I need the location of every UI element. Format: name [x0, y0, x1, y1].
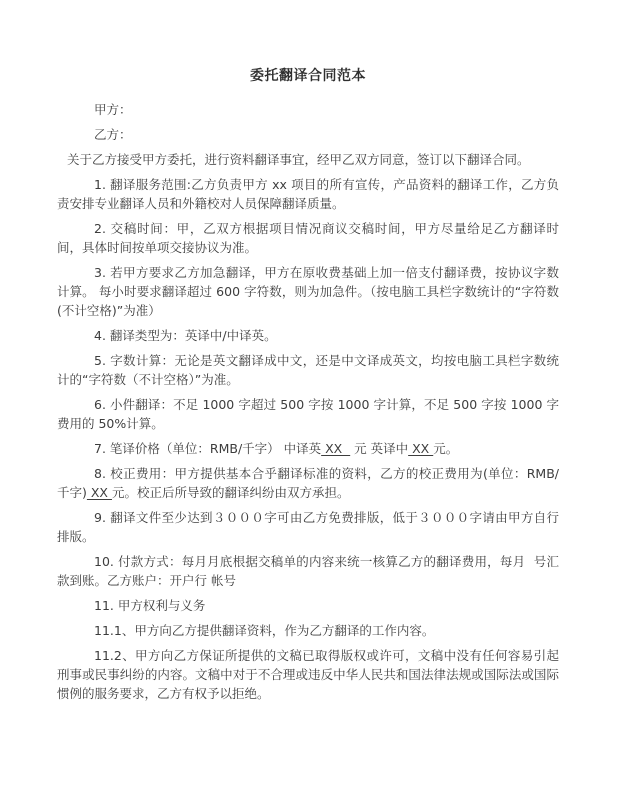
clause-4-translation-type: 4. 翻译类型为：英译中/中译英。: [57, 326, 559, 345]
price-blank-cn-to-en: XX: [321, 441, 350, 456]
clause-2-delivery-time: 2. 交稿时间：甲，乙双方根据项目情况商议交稿时间，甲方尽量给足乙方翻译时间，具…: [57, 219, 559, 257]
clause-11-1: 11.1、甲方向乙方提供翻译资料，作为乙方翻译的工作内容。: [57, 621, 559, 640]
document-title: 委托翻译合同范本: [57, 66, 559, 86]
clause-6-small-jobs: 6. 小件翻译：不足 1000 字超过 500 字按 1000 字计算，不足 5…: [57, 395, 559, 433]
clause-1-service-scope: 1. 翻译服务范围:乙方负责甲方 xx 项目的所有宣传，产品资料的翻译工作，乙方…: [57, 175, 559, 213]
document-content: 委托翻译合同范本 甲方： 乙方： 关于乙方接受甲方委托，进行资料翻译事宜，经甲乙…: [57, 66, 559, 703]
clause-9-typesetting: 9. 翻译文件至少达到３０００字可由乙方免费排版，低于３０００字请由甲方自行排版…: [57, 508, 559, 546]
proofreading-fee-blank: XX: [87, 485, 112, 500]
clause-5-word-count: 5. 字数计算：无论是英文翻译成中文，还是中文译成英文，均按电脑工具栏字数统计的…: [57, 351, 559, 389]
clause-8-proofreading-fee: 8. 校正费用：甲方提供基本合乎翻译标准的资料，乙方的校正费用为(单位：RMB/…: [57, 464, 559, 502]
party-b-line: 乙方：: [57, 125, 559, 144]
clause-7-translation-price: 7. 笔译价格（单位：RMB/千字） 中译英 XX 元 英译中 XX 元。: [57, 439, 559, 458]
preamble-paragraph: 关于乙方接受甲方委托，进行资料翻译事宜，经甲乙双方同意，签订以下翻译合同。: [57, 150, 559, 169]
price-text-lead: 7. 笔译价格（单位：RMB/千字） 中译英: [94, 441, 321, 456]
document-page: 委托翻译合同范本 甲方： 乙方： 关于乙方接受甲方委托，进行资料翻译事宜，经甲乙…: [0, 0, 619, 800]
price-blank-en-to-cn: XX: [408, 441, 433, 456]
clause-3-rush-translation: 3. 若甲方要求乙方加急翻译，甲方在原收费基础上加一倍支付翻译费，按协议字数计算…: [57, 263, 559, 320]
price-text-mid: 元 英译中: [350, 441, 408, 456]
clause-11-2: 11.2、甲方向乙方保证所提供的文稿已取得版权或许可，文稿中没有任何容易引起刑事…: [57, 646, 559, 703]
price-text-tail: 元。: [433, 441, 458, 456]
clause-10-payment: 10. 付款方式：每月月底根据交稿单的内容来统一核算乙方的翻译费用，每月 号汇款…: [57, 552, 559, 590]
proofreading-text-tail: 元。校正后所导致的翻译纠纷由双方承担。: [112, 485, 350, 500]
clause-11-rights-heading: 11. 甲方权利与义务: [57, 596, 559, 615]
party-a-line: 甲方：: [57, 100, 559, 119]
